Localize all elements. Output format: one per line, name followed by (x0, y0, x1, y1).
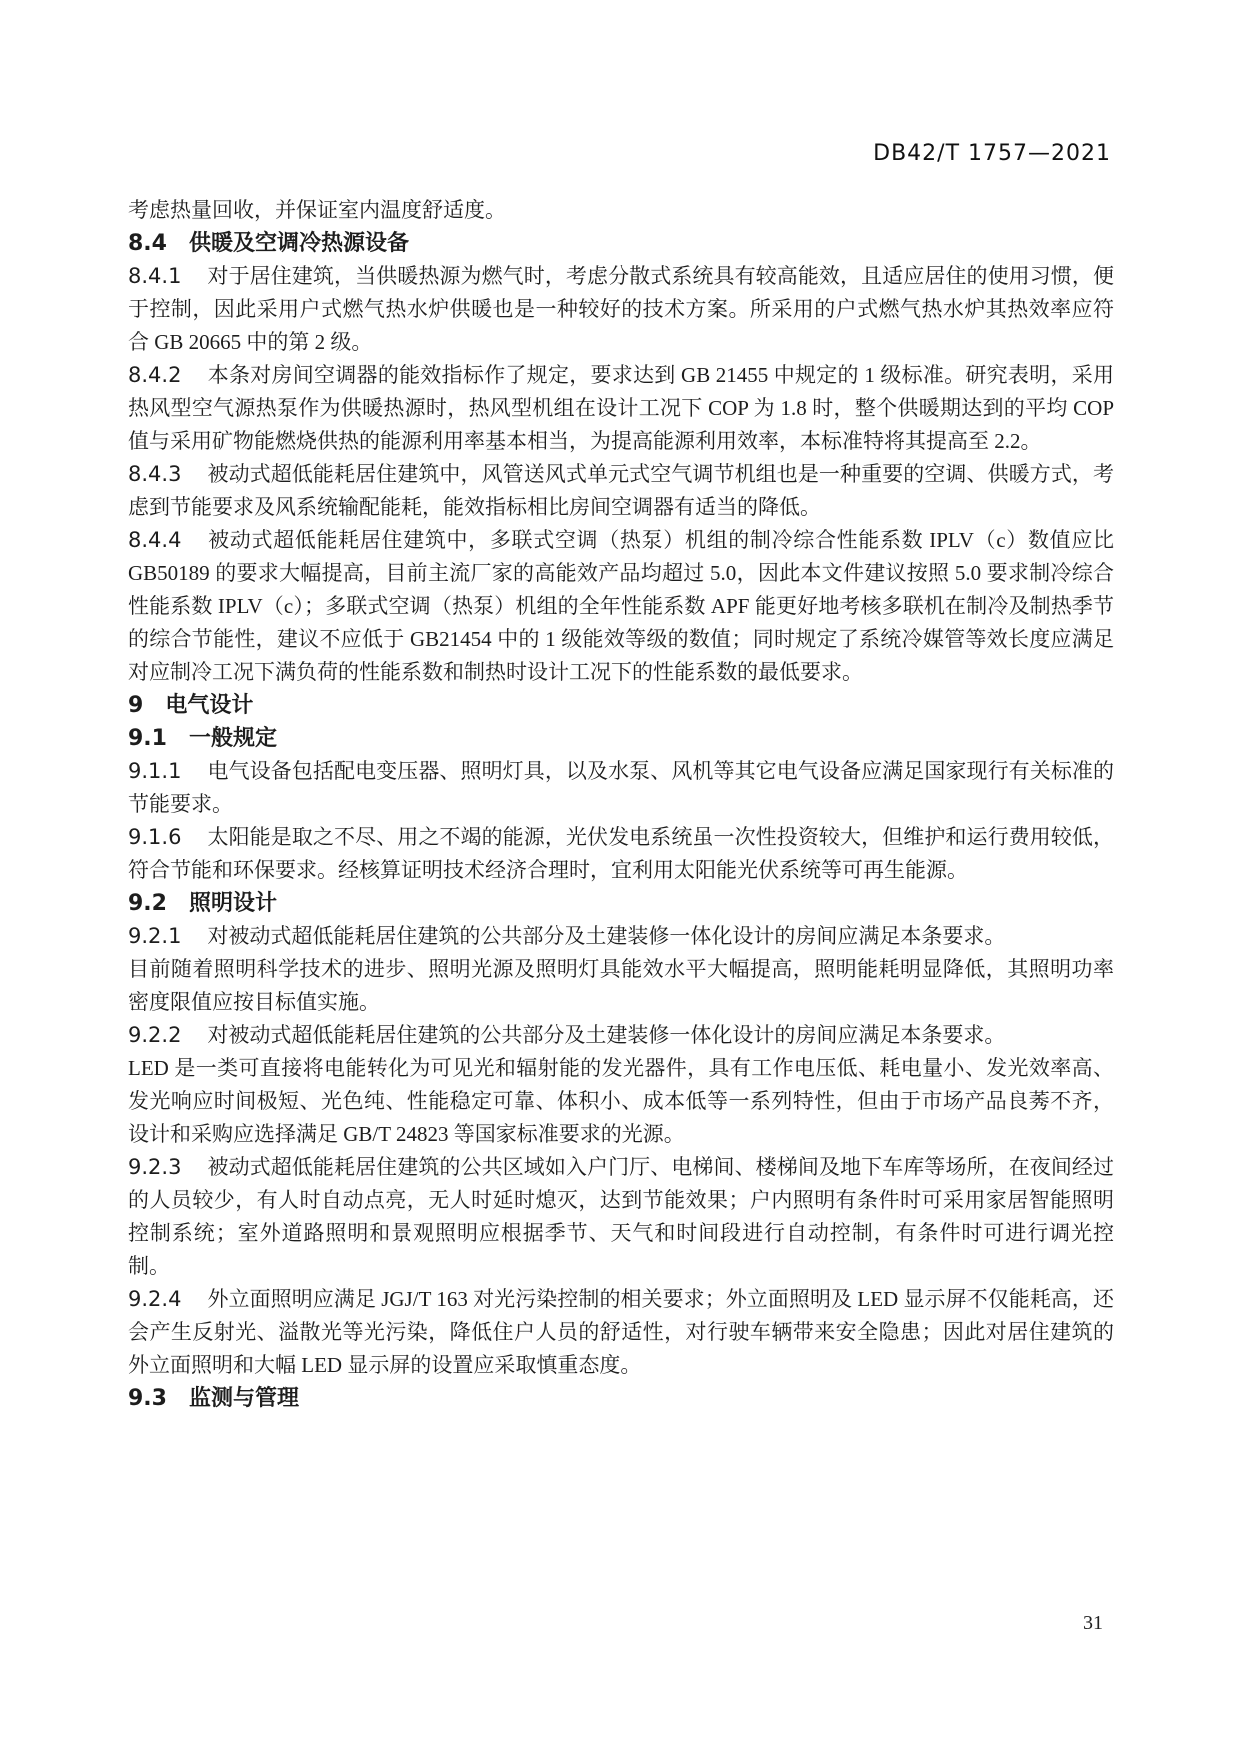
body-paragraph: 目前随着照明科学技术的进步、照明光源及照明灯具能效水平大幅提高，照明能耗明显降低… (128, 953, 1114, 1019)
paragraph-text: 考虑热量回收，并保证室内温度舒适度。 (128, 198, 506, 222)
clause-text: 本条对房间空调器的能效指标作了规定，要求达到 GB 21455 中规定的 1 级… (128, 363, 1114, 453)
section-heading: 9.3监测与管理 (128, 1382, 1114, 1415)
clause-text: 外立面照明应满足 JGJ/T 163 对光污染控制的相关要求；外立面照明及 LE… (128, 1287, 1114, 1377)
body-paragraph: 考虑热量回收，并保证室内温度舒适度。 (128, 194, 1114, 227)
document-body: 考虑热量回收，并保证室内温度舒适度。8.4供暖及空调冷热源设备8.4.1对于居住… (128, 194, 1114, 1415)
clause-paragraph: 8.4.2本条对房间空调器的能效指标作了规定，要求达到 GB 21455 中规定… (128, 359, 1114, 458)
clause-paragraph: 9.1.1电气设备包括配电变压器、照明灯具，以及水泵、风机等其它电气设备应满足国… (128, 755, 1114, 821)
clause-text: 被动式超低能耗居住建筑中，多联式空调（热泵）机组的制冷综合性能系数 IPLV（c… (128, 528, 1114, 684)
clause-paragraph: 8.4.3被动式超低能耗居住建筑中，风管送风式单元式空气调节机组也是一种重要的空… (128, 458, 1114, 524)
heading-text: 监测与管理 (189, 1386, 299, 1411)
heading-text: 供暖及空调冷热源设备 (189, 231, 409, 256)
clause-paragraph: 8.4.4被动式超低能耗居住建筑中，多联式空调（热泵）机组的制冷综合性能系数 I… (128, 524, 1114, 689)
clause-paragraph: 9.2.4外立面照明应满足 JGJ/T 163 对光污染控制的相关要求；外立面照… (128, 1283, 1114, 1382)
clause-text: 被动式超低能耗居住建筑中，风管送风式单元式空气调节机组也是一种重要的空调、供暖方… (128, 462, 1114, 519)
clause-paragraph: 9.2.2对被动式超低能耗居住建筑的公共部分及土建装修一体化设计的房间应满足本条… (128, 1019, 1114, 1052)
clause-number: 8.4.2 (128, 363, 181, 387)
clause-paragraph: 9.1.6太阳能是取之不尽、用之不竭的能源，光伏发电系统虽一次性投资较大，但维护… (128, 821, 1114, 887)
clause-text: 对被动式超低能耗居住建筑的公共部分及土建装修一体化设计的房间应满足本条要求。 (207, 924, 1005, 948)
chapter-heading: 9电气设计 (128, 689, 1114, 722)
page-header: DB42/T 1757—2021 (873, 141, 1111, 166)
clause-number: 9.1.1 (128, 759, 181, 783)
clause-number: 9.2.1 (128, 924, 181, 948)
section-heading: 8.4供暖及空调冷热源设备 (128, 227, 1114, 260)
clause-number: 8.4.4 (128, 528, 181, 552)
clause-number: 8.4.3 (128, 462, 181, 486)
doc-code: DB42/T 1757—2021 (873, 141, 1111, 166)
clause-paragraph: 8.4.1对于居住建筑，当供暖热源为燃气时，考虑分散式系统具有较高能效，且适应居… (128, 260, 1114, 359)
clause-paragraph: 9.2.1对被动式超低能耗居住建筑的公共部分及土建装修一体化设计的房间应满足本条… (128, 920, 1114, 953)
clause-text: 对被动式超低能耗居住建筑的公共部分及土建装修一体化设计的房间应满足本条要求。 (207, 1023, 1005, 1047)
clause-text: 太阳能是取之不尽、用之不竭的能源，光伏发电系统虽一次性投资较大，但维护和运行费用… (128, 825, 1114, 882)
clause-text: 被动式超低能耗居住建筑的公共区域如入户门厅、电梯间、楼梯间及地下车库等场所，在夜… (128, 1155, 1114, 1278)
heading-text: 一般规定 (189, 726, 277, 751)
clause-number: 9.2.2 (128, 1023, 181, 1047)
heading-text: 电气设计 (165, 693, 253, 718)
clause-paragraph: 9.2.3被动式超低能耗居住建筑的公共区域如入户门厅、电梯间、楼梯间及地下车库等… (128, 1151, 1114, 1283)
clause-text: 电气设备包括配电变压器、照明灯具，以及水泵、风机等其它电气设备应满足国家现行有关… (128, 759, 1114, 816)
clause-number: 9.2.3 (128, 1155, 181, 1179)
clause-number: 9.2.4 (128, 1287, 181, 1311)
body-paragraph: LED 是一类可直接将电能转化为可见光和辐射能的发光器件，具有工作电压低、耗电量… (128, 1052, 1114, 1151)
section-heading: 9.2照明设计 (128, 887, 1114, 920)
paragraph-text: LED 是一类可直接将电能转化为可见光和辐射能的发光器件，具有工作电压低、耗电量… (128, 1056, 1114, 1146)
heading-number: 9.2 (128, 891, 167, 916)
heading-number: 9.1 (128, 726, 167, 751)
document-page: DB42/T 1757—2021 考虑热量回收，并保证室内温度舒适度。8.4供暖… (0, 0, 1241, 1754)
heading-text: 照明设计 (189, 891, 277, 916)
clause-number: 8.4.1 (128, 264, 181, 288)
heading-number: 9 (128, 693, 143, 718)
clause-number: 9.1.6 (128, 825, 181, 849)
clause-text: 对于居住建筑，当供暖热源为燃气时，考虑分散式系统具有较高能效，且适应居住的使用习… (128, 264, 1114, 354)
heading-number: 8.4 (128, 231, 167, 256)
section-heading: 9.1一般规定 (128, 722, 1114, 755)
page-number: 31 (1083, 1612, 1103, 1634)
paragraph-text: 目前随着照明科学技术的进步、照明光源及照明灯具能效水平大幅提高，照明能耗明显降低… (128, 957, 1114, 1014)
page-footer: 31 (1083, 1612, 1103, 1635)
heading-number: 9.3 (128, 1386, 167, 1411)
